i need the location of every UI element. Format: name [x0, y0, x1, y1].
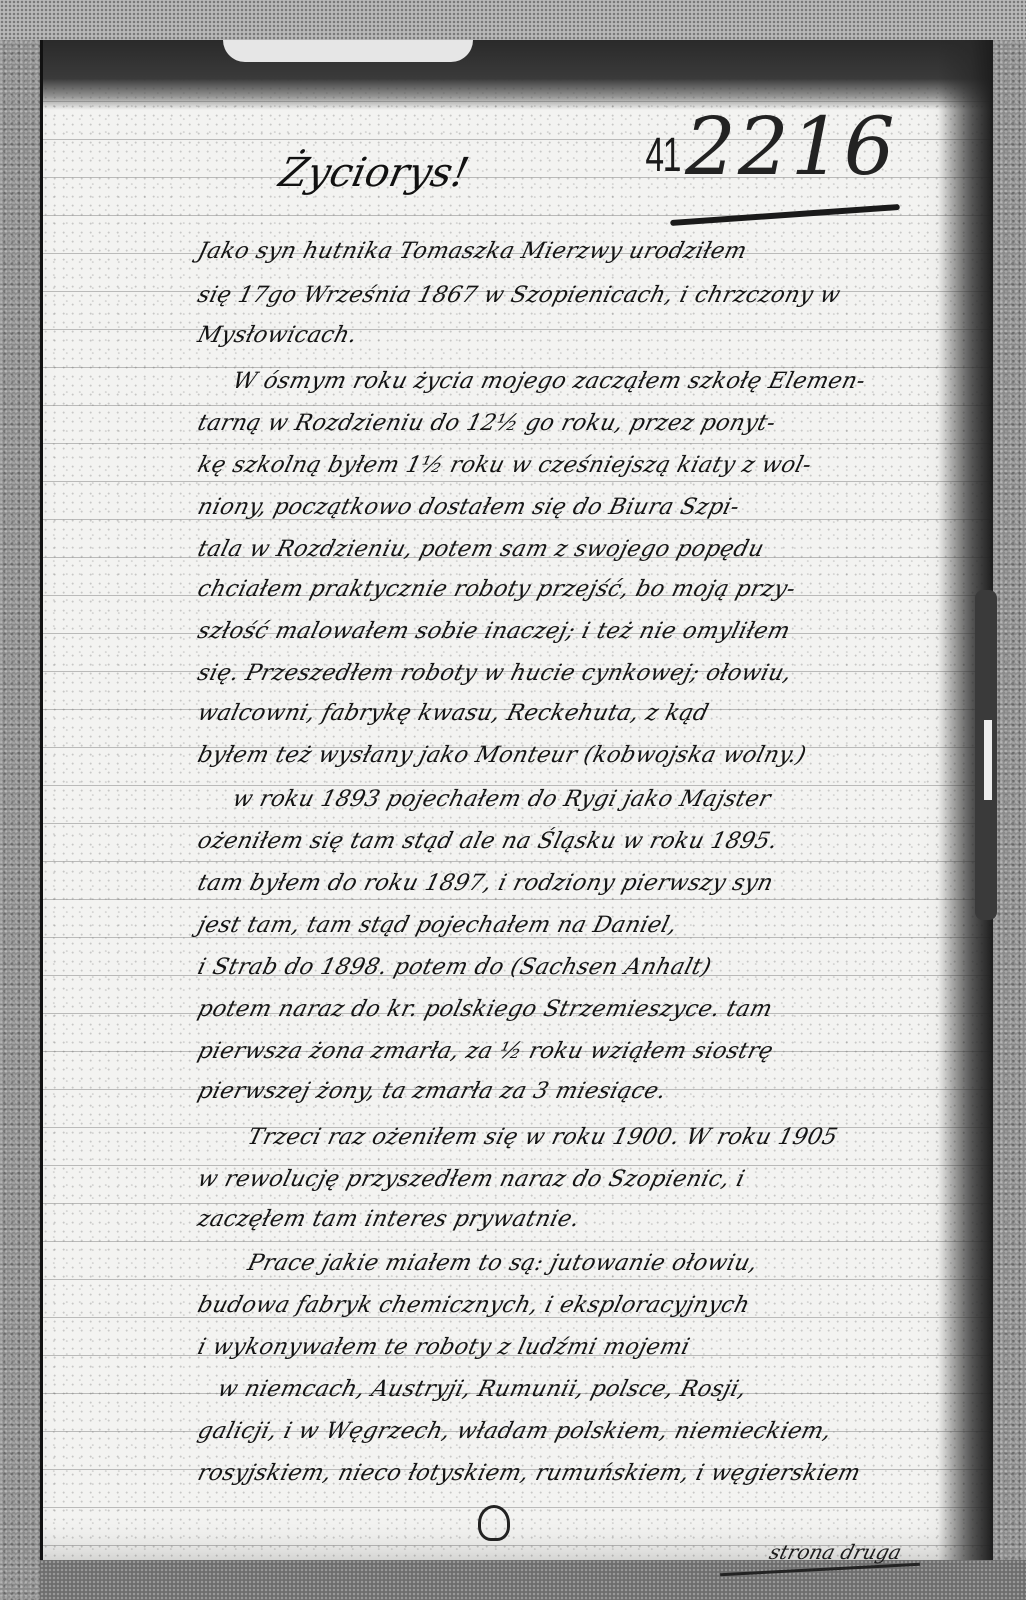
- text-line: byłem też wysłany jako Monteur (kobwojsk…: [195, 742, 1001, 768]
- text-line: pierwszej żony, ta zmarła za 3 miesiące.: [195, 1078, 1001, 1104]
- text-line: Jako syn hutnika Tomaszka Mierzwy urodzi…: [195, 238, 1001, 264]
- text-line: walcowni, fabrykę kwasu, Reckehuta, z ką…: [195, 700, 1001, 726]
- text-line: galicji, i w Węgrzech, władam polskiem, …: [195, 1418, 1001, 1444]
- text-line: jest tam, tam stąd pojechałem na Daniel,: [195, 912, 1001, 938]
- text-line: w rewolucję przyszedłem naraz do Szopien…: [195, 1166, 1001, 1192]
- text-line: tam byłem do roku 1897, i rodziony pierw…: [195, 870, 1001, 896]
- text-line: zaczęłem tam interes prywatnie.: [195, 1206, 1001, 1232]
- text-line: i wykonywałem te roboty z ludźmi mojemi: [195, 1334, 1001, 1360]
- text-line: Trzeci raz ożeniłem się w roku 1900. W r…: [245, 1124, 1026, 1150]
- text-line: w niemcach, Austryji, Rumunii, polsce, R…: [215, 1376, 1021, 1402]
- text-line: budowa fabryk chemicznych, i eksploracyj…: [195, 1292, 1001, 1318]
- text-line: kę szkolną byłem 1½ roku w cześniejszą k…: [195, 452, 1001, 478]
- text-line: tarną w Rozdzieniu do 12½ go roku, przez…: [195, 410, 1001, 436]
- text-line: ożeniłem się tam stąd ale na Śląsku w ro…: [195, 828, 1001, 854]
- folio-number-small: 41: [645, 128, 680, 183]
- text-line: Mysłowicach.: [195, 322, 1001, 348]
- text-line: rosyjskiem, nieco łotyskiem, rumuńskiem,…: [195, 1460, 1001, 1486]
- folio-number-large: 2216: [685, 100, 897, 193]
- document-heading: Życiorys!: [275, 150, 473, 196]
- text-line: potem naraz do kr. polskiego Strzemieszy…: [195, 996, 1001, 1022]
- text-line: i Strab do 1898. potem do (Sachsen Anhal…: [195, 954, 1001, 980]
- text-line: niony, początkowo dostałem się do Biura …: [195, 494, 1001, 520]
- text-line: pierwsza żona zmarła, za ½ roku wziąłem …: [195, 1038, 1001, 1064]
- text-line: chciałem praktycznie roboty przejść, bo …: [195, 576, 1001, 602]
- text-line: tala w Rozdzieniu, potem sam z swojego p…: [195, 536, 1001, 562]
- page-footer-note: strona druga: [767, 1540, 904, 1564]
- text-line: W ósmym roku życia mojego zacząłem szkoł…: [230, 368, 1026, 394]
- scan-background-top: [0, 0, 1026, 40]
- text-line: się. Przeszedłem roboty w hucie cynkowej…: [195, 660, 1001, 686]
- text-line: się 17go Września 1867 w Szopienicach, i…: [195, 282, 1001, 308]
- torn-edge: [223, 40, 473, 62]
- text-line: Prace jakie miałem to są: jutowanie ołow…: [245, 1250, 1026, 1276]
- text-line: szłość malowałem sobie inaczej; i też ni…: [195, 618, 1001, 644]
- text-line: w roku 1893 pojechałem do Rygi jako Majs…: [230, 786, 1026, 812]
- ink-scribble-mark: [478, 1505, 510, 1541]
